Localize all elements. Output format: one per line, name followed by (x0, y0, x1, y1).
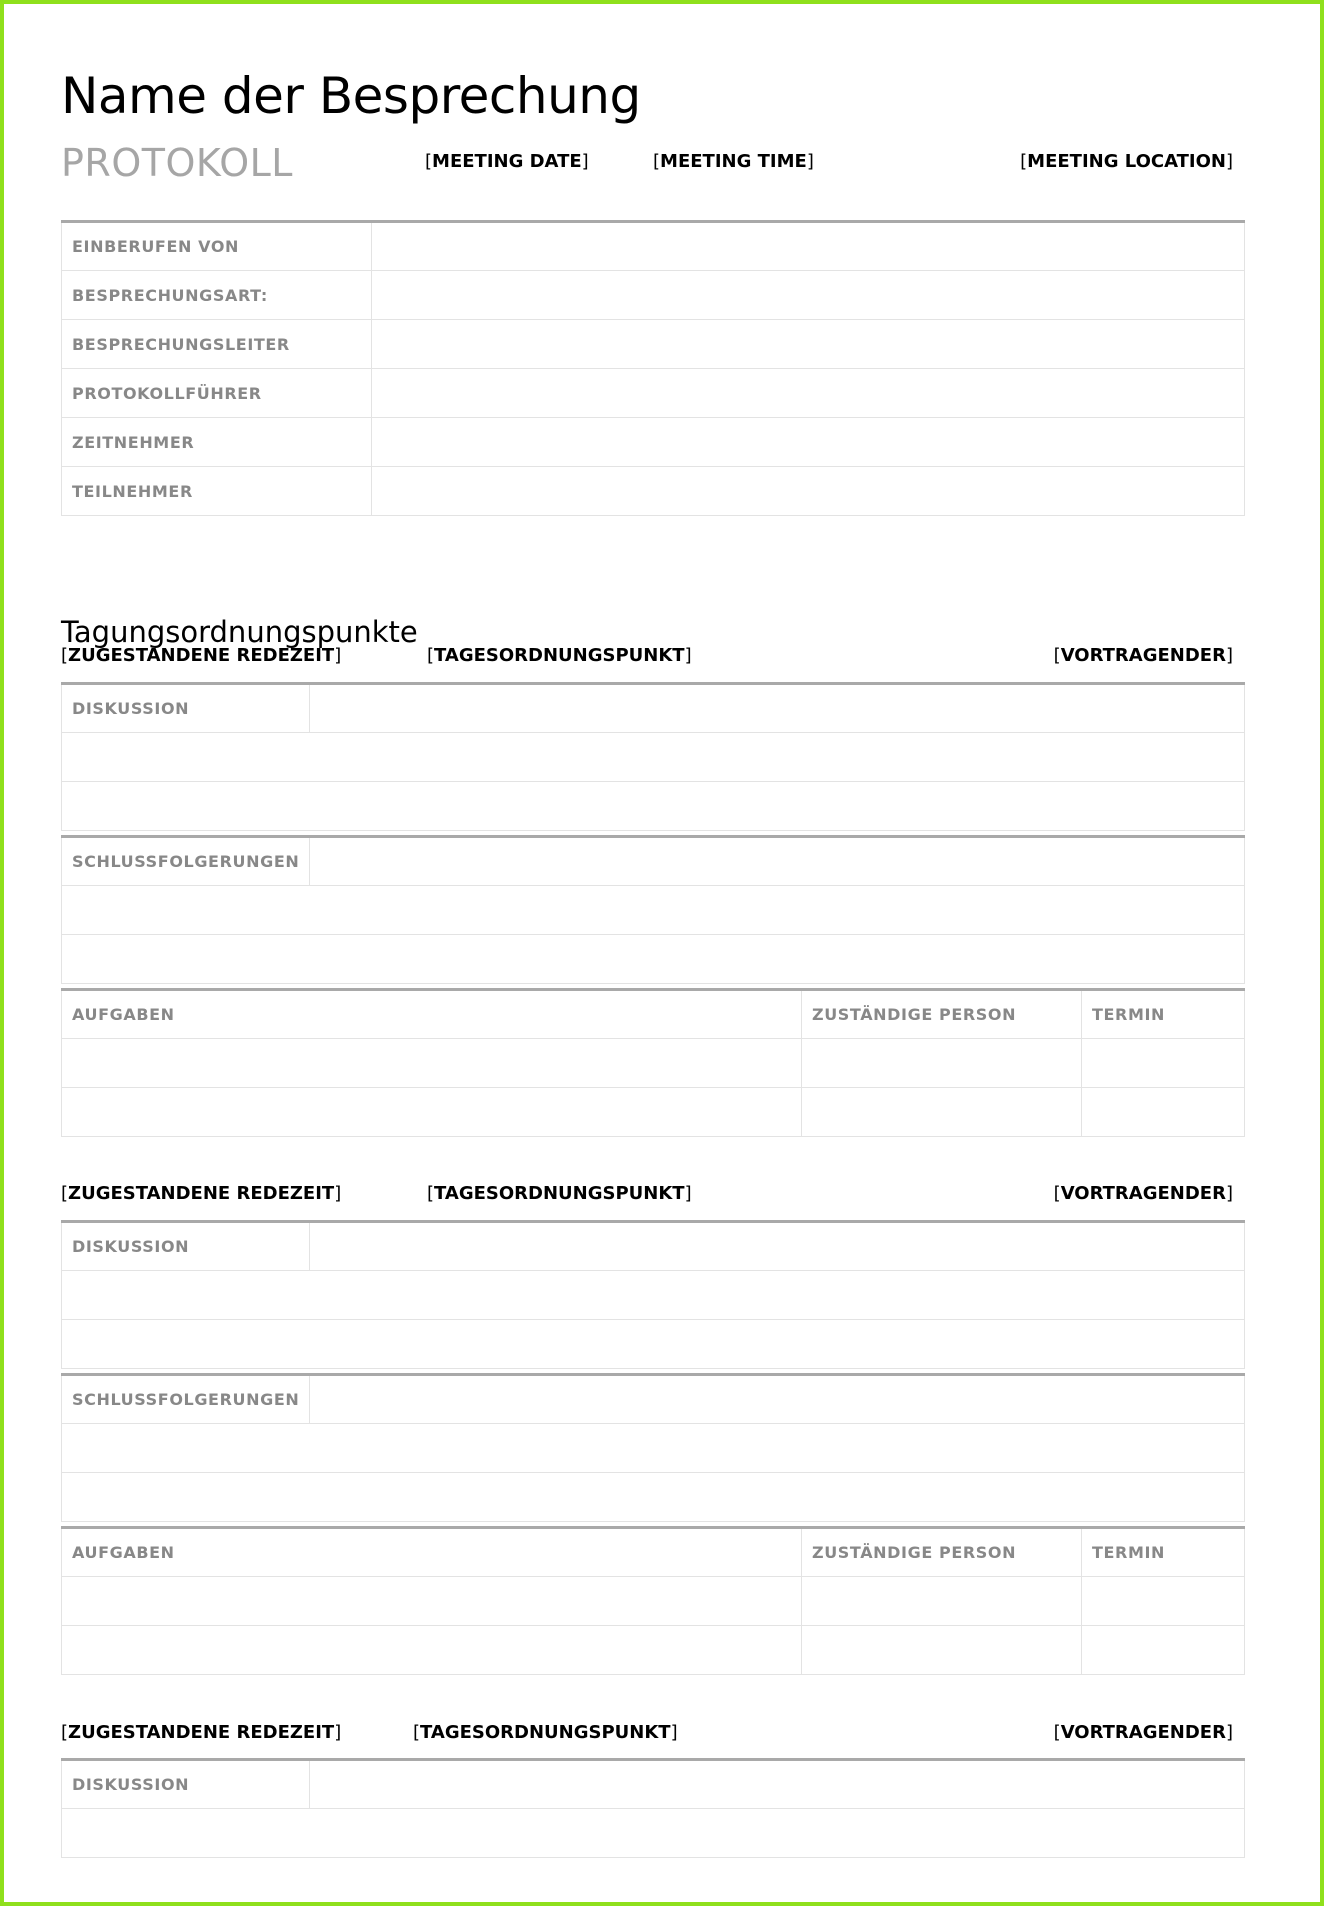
info-row: BESPRECHUNGSLEITER (62, 320, 1245, 369)
discussion-label: DISKUSSION (62, 1222, 310, 1271)
conclusions-line[interactable] (62, 935, 1245, 984)
conclusions-label: SCHLUSSFOLGERUNGEN (62, 837, 310, 886)
responsible-header: ZUSTÄNDIGE PERSON (802, 1528, 1082, 1577)
discussion-line[interactable] (62, 1320, 1245, 1369)
task-cell[interactable] (62, 1088, 802, 1137)
deadline-header: TERMIN (1082, 990, 1245, 1039)
info-label: ZEITNEHMER (62, 418, 372, 467)
agenda-topic-placeholder[interactable]: [TAGESORDNUNGSPUNKT] (413, 1721, 678, 1745)
discussion-field[interactable] (310, 684, 1245, 733)
allotted-time-placeholder[interactable]: [ZUGESTANDENE REDEZEIT] (61, 1182, 341, 1206)
info-row: BESPRECHUNGSART: (62, 271, 1245, 320)
tasks-table: AUFGABEN ZUSTÄNDIGE PERSON TERMIN (61, 988, 1245, 1137)
info-label: BESPRECHUNGSART: (62, 271, 372, 320)
info-label: TEILNEHMER (62, 467, 372, 516)
info-value-field[interactable] (372, 467, 1245, 516)
info-value-field[interactable] (372, 369, 1245, 418)
tasks-header: AUFGABEN (62, 990, 802, 1039)
task-cell[interactable] (62, 1626, 802, 1675)
responsible-cell[interactable] (802, 1039, 1082, 1088)
discussion-table: DISKUSSION (61, 1758, 1245, 1858)
discussion-table: DISKUSSION (61, 1220, 1245, 1369)
info-row: TEILNEHMER (62, 467, 1245, 516)
agenda-item-header: [ZUGESTANDENE REDEZEIT] [TAGESORDNUNGSPU… (61, 1182, 1233, 1210)
allotted-time-placeholder[interactable]: [ZUGESTANDENE REDEZEIT] (61, 1721, 341, 1745)
discussion-label: DISKUSSION (62, 684, 310, 733)
task-row (62, 1088, 1245, 1137)
responsible-cell[interactable] (802, 1088, 1082, 1137)
subtitle-row: PROTOKOLL [MEETING DATE] [MEETING TIME] … (61, 138, 1233, 188)
deadline-cell[interactable] (1082, 1577, 1245, 1626)
discussion-label: DISKUSSION (62, 1760, 310, 1809)
info-value-field[interactable] (372, 418, 1245, 467)
task-row (62, 1577, 1245, 1626)
agenda-item-header: [ZUGESTANDENE REDEZEIT] [TAGESORDNUNGSPU… (61, 1721, 1233, 1749)
discussion-field[interactable] (310, 1222, 1245, 1271)
conclusions-line[interactable] (62, 886, 1245, 935)
task-cell[interactable] (62, 1039, 802, 1088)
task-row (62, 1626, 1245, 1675)
discussion-line[interactable] (62, 1809, 1245, 1858)
document-subtitle: PROTOKOLL (61, 138, 293, 188)
info-row: PROTOKOLLFÜHRER (62, 369, 1245, 418)
meeting-date-placeholder[interactable]: [MEETING DATE] (425, 150, 589, 174)
info-value-field[interactable] (372, 222, 1245, 271)
info-value-field[interactable] (372, 271, 1245, 320)
meeting-time-placeholder[interactable]: [MEETING TIME] (653, 150, 814, 174)
responsible-header: ZUSTÄNDIGE PERSON (802, 990, 1082, 1039)
presenter-placeholder[interactable]: [VORTRAGENDER] (1054, 1721, 1233, 1745)
responsible-cell[interactable] (802, 1577, 1082, 1626)
info-row: EINBERUFEN VON (62, 222, 1245, 271)
deadline-header: TERMIN (1082, 1528, 1245, 1577)
discussion-line[interactable] (62, 1271, 1245, 1320)
meeting-info-table: EINBERUFEN VON BESPRECHUNGSART: BESPRECH… (61, 220, 1245, 516)
meeting-location-placeholder[interactable]: [MEETING LOCATION] (1020, 150, 1233, 174)
info-label: EINBERUFEN VON (62, 222, 372, 271)
info-value-field[interactable] (372, 320, 1245, 369)
deadline-cell[interactable] (1082, 1626, 1245, 1675)
conclusions-table: SCHLUSSFOLGERUNGEN (61, 1373, 1245, 1522)
tasks-table: AUFGABEN ZUSTÄNDIGE PERSON TERMIN (61, 1526, 1245, 1675)
deadline-cell[interactable] (1082, 1088, 1245, 1137)
discussion-line[interactable] (62, 733, 1245, 782)
tasks-header: AUFGABEN (62, 1528, 802, 1577)
agenda-topic-placeholder[interactable]: [TAGESORDNUNGSPUNKT] (427, 644, 692, 668)
agenda-topic-placeholder[interactable]: [TAGESORDNUNGSPUNKT] (427, 1182, 692, 1206)
allotted-time-placeholder[interactable]: [ZUGESTANDENE REDEZEIT] (61, 644, 341, 668)
agenda-item-header: [ZUGESTANDENE REDEZEIT] [TAGESORDNUNGSPU… (61, 644, 1233, 672)
conclusions-line[interactable] (62, 1424, 1245, 1473)
info-label: PROTOKOLLFÜHRER (62, 369, 372, 418)
conclusions-field[interactable] (310, 1375, 1245, 1424)
responsible-cell[interactable] (802, 1626, 1082, 1675)
discussion-table: DISKUSSION (61, 682, 1245, 831)
presenter-placeholder[interactable]: [VORTRAGENDER] (1054, 1182, 1233, 1206)
conclusions-line[interactable] (62, 1473, 1245, 1522)
task-cell[interactable] (62, 1577, 802, 1626)
deadline-cell[interactable] (1082, 1039, 1245, 1088)
conclusions-table: SCHLUSSFOLGERUNGEN (61, 835, 1245, 984)
task-row (62, 1039, 1245, 1088)
conclusions-field[interactable] (310, 837, 1245, 886)
conclusions-label: SCHLUSSFOLGERUNGEN (62, 1375, 310, 1424)
discussion-line[interactable] (62, 782, 1245, 831)
meeting-title[interactable]: Name der Besprechung (61, 66, 641, 126)
presenter-placeholder[interactable]: [VORTRAGENDER] (1054, 644, 1233, 668)
info-label: BESPRECHUNGSLEITER (62, 320, 372, 369)
info-row: ZEITNEHMER (62, 418, 1245, 467)
discussion-field[interactable] (310, 1760, 1245, 1809)
